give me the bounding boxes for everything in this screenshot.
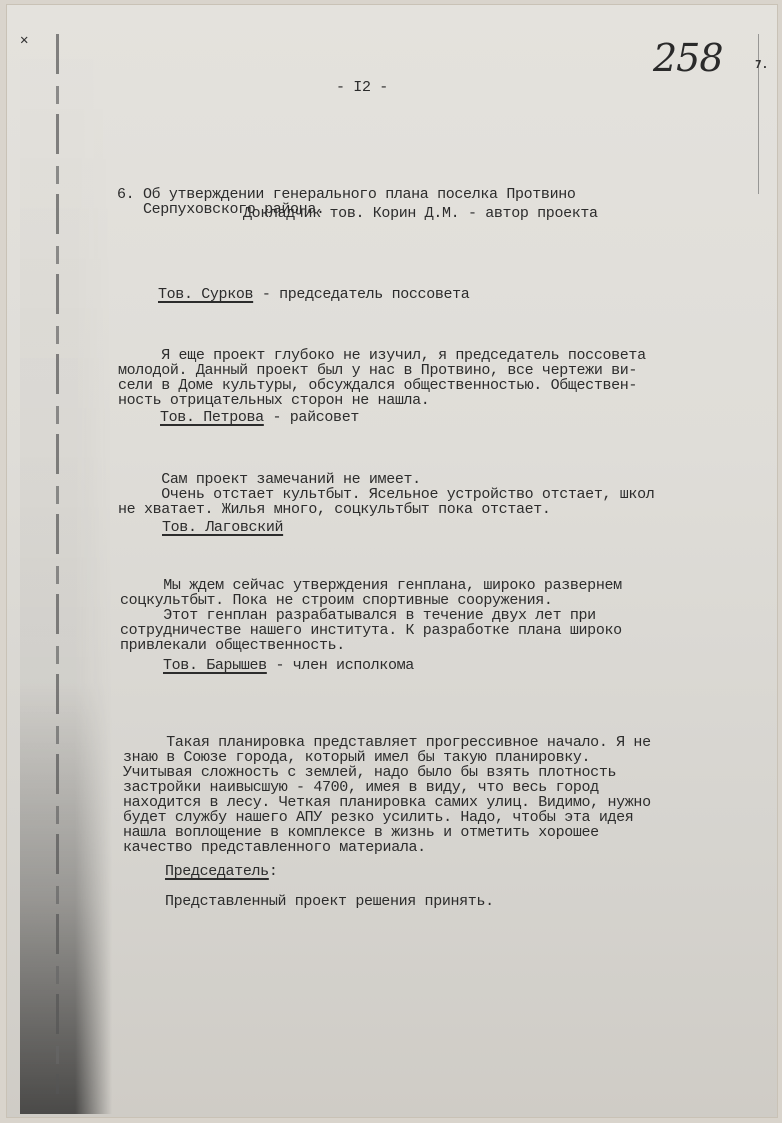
speech-line: находится в лесу. Четкая планировка сами… [123,795,651,810]
speaker-name: Тов. Барышев [163,657,267,674]
speech-line: будет службу нашего АПУ резко усилить. Н… [123,810,651,825]
speech-line: Этот генплан разрабатывался в течение дв… [120,608,622,623]
speech-body: Я еще проект глубоко не изучил, я предсе… [118,318,646,423]
agenda-item-line: 6. Об утверждении генерального плана пос… [117,187,576,202]
margin-mark: 7. [755,58,768,71]
binding-margin-line [56,34,59,1094]
speech-line: молодой. Данный проект был у нас в Протв… [118,363,646,378]
handwritten-folio-number: 258 [653,36,723,80]
chairman-heading: Председатель: [165,864,277,879]
speech-line: привлекали общественность. [120,638,622,653]
speech-body: Такая планировка представляет прогрессив… [123,705,651,870]
rapporteur: Докладчик тов. Корин Д.М. - автор проект… [243,206,598,221]
binding-shadow [20,34,112,1114]
speech-line: Такая планировка представляет прогрессив… [123,735,651,750]
chairman-label: Председатель [165,863,269,880]
speaker-name: Тов. Петрова [160,409,264,426]
speaker-role: - член исполкома [267,657,414,674]
chairman-decision: Представленный проект решения принять. [165,894,494,909]
speech-line: Мы ждем сейчас утверждения генплана, шир… [120,578,622,593]
speaker-role: - райсовет [264,409,359,426]
speaker-name: Тов. Сурков [158,286,253,303]
speaker-heading: Тов. Петрова - райсовет [160,410,359,425]
speech-body: Мы ждем сейчас утверждения генплана, шир… [120,548,622,668]
speech-line: нашла воплощение в комплексе в жизнь и о… [123,825,651,840]
speech-line: знаю в Союзе города, который имел бы так… [123,750,651,765]
speech-line: сотрудничестве нашего института. К разра… [120,623,622,638]
page-number: - I2 - [336,80,388,95]
speaker-role: - председатель поссовета [253,286,469,303]
speech-line: застройки наивысшую - 4700, имея в виду,… [123,780,651,795]
speech-line: соцкультбыт. Пока не строим спортивные с… [120,593,622,608]
speaker-heading: Тов. Лаговский [162,520,283,535]
speech-line: Очень отстает культбыт. Ясельное устройс… [118,487,654,502]
speaker-heading: Тов. Сурков - председатель поссовета [158,287,469,302]
speech-line: Учитывая сложность с землей, надо было б… [123,765,651,780]
speech-line: сели в Доме культуры, обсуждался обществ… [118,378,646,393]
speaker-heading: Тов. Барышев - член исполкома [163,658,414,673]
speech-line: Сам проект замечаний не имеет. [118,472,654,487]
corner-mark-icon: ✕ [20,32,28,48]
speech-line: Я еще проект глубоко не изучил, я предсе… [118,348,646,363]
speech-line: качество представленного материала. [123,840,651,855]
speech-line: не хватает. Жилья много, соцкультбыт пок… [118,502,654,517]
speaker-name: Тов. Лаговский [162,519,283,536]
speech-line: ность отрицательных сторон не нашла. [118,393,646,408]
chairman-colon: : [269,863,278,880]
